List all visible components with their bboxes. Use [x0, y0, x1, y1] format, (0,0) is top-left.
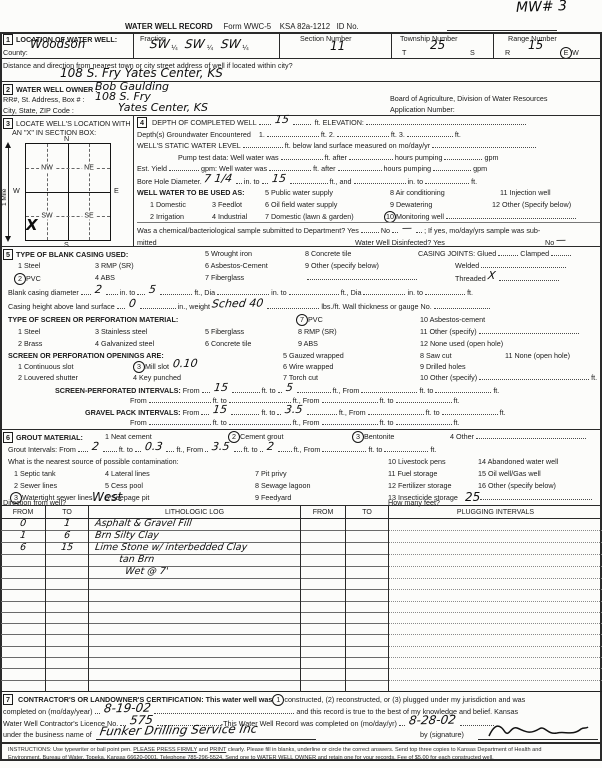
- screen-pvc-circled: 7: [296, 314, 308, 326]
- plug-interval-cell: [389, 624, 602, 635]
- quadrant-se: SE: [82, 213, 95, 220]
- plug-interval-cell: [389, 579, 602, 590]
- distance-value: 108 S. Fry Yates Center, KS: [60, 69, 223, 78]
- blank-dots: [435, 386, 491, 393]
- blank-dots: [229, 418, 291, 425]
- blank-dots: [140, 302, 176, 309]
- mile-arrow-line: [8, 148, 9, 236]
- rule-line: [0, 115, 602, 116]
- blank-dots: [149, 396, 211, 403]
- plug-from-cell: [301, 658, 346, 669]
- casing-diameter-label: Blank casing diameter: [8, 288, 79, 297]
- blank-dots: [231, 408, 259, 415]
- plug-interval-cell: [389, 680, 602, 691]
- rule-line: [493, 32, 494, 58]
- gravel-interval-from: 15: [213, 405, 228, 414]
- owner-address-value: 108 S. Fry: [95, 92, 151, 101]
- litho-to-cell: [46, 680, 89, 691]
- arrow-down-icon: [5, 236, 11, 242]
- litho-header-row: FROM TO LITHOLOGIC LOG FROM TO PLUGGING …: [1, 506, 602, 519]
- casing-height-value: 0: [128, 299, 136, 308]
- handwritten-entry: 6: [63, 530, 70, 541]
- sample-question: Was a chemical/bacteriological sample su…: [137, 226, 359, 235]
- litho-table-row: [1, 590, 602, 601]
- litho-log-cell: [89, 669, 301, 680]
- compass-west: W: [13, 186, 20, 195]
- blank-dots: [425, 288, 465, 295]
- blank-dots: [479, 373, 589, 380]
- blank-dots: [322, 418, 378, 425]
- rule-line: [0, 429, 602, 430]
- handwritten-entry: 1: [63, 518, 70, 529]
- plug-from-cell: [301, 646, 346, 657]
- blank-dots: [396, 418, 452, 425]
- section-7-number: 7: [3, 694, 13, 705]
- section-box-dashed-line: [89, 144, 90, 240]
- plug-from-cell: [301, 555, 346, 567]
- litho-log-cell: [89, 680, 301, 691]
- range-value: 15: [528, 41, 543, 50]
- litho-from-cell: 1: [1, 531, 46, 543]
- handwritten-entry: 15: [60, 542, 73, 553]
- grout2-from: 3.5: [212, 442, 231, 451]
- range-prefix: R: [505, 48, 510, 57]
- township-value: 25: [430, 41, 445, 50]
- blank-dots: [278, 445, 292, 452]
- litho-table-row: 16Brn Silty Clay: [1, 531, 602, 543]
- township-label: Township Number: [400, 34, 458, 43]
- blank-dots: [361, 386, 417, 393]
- litho-log-cell: [89, 579, 301, 590]
- one-mile-label: 1 Mile: [1, 189, 8, 206]
- litho-to-cell: 6: [46, 531, 89, 543]
- plug-from-cell: [301, 612, 346, 623]
- quadrant-sw: SW: [39, 213, 54, 220]
- blank-dots: [442, 408, 498, 415]
- blank-dots: [363, 288, 405, 295]
- blank-dots: [432, 141, 536, 148]
- blank-dots: [290, 177, 328, 184]
- section-2-number: 2: [3, 84, 13, 95]
- col-to-2: TO: [346, 506, 389, 519]
- litho-to-cell: [46, 567, 89, 579]
- blank-dots: [205, 445, 208, 452]
- blank-dots: [243, 141, 283, 148]
- contamination-heading: What is the nearest source of possible c…: [8, 457, 179, 466]
- plug-interval-cell: [389, 635, 602, 646]
- completed-on-label: completed on (mo/day/year): [3, 707, 93, 716]
- agency-name: Board of Agriculture, Division of Water …: [390, 94, 548, 103]
- blank-dots: [498, 249, 518, 256]
- litho-to-cell: 15: [46, 543, 89, 555]
- bentonite-circled: 3: [352, 431, 364, 443]
- statute-ref: KSA 82a-1212: [280, 22, 330, 31]
- blank-dots: [307, 273, 417, 280]
- bore-depth-value: 15: [271, 174, 286, 183]
- litho-from-cell: [1, 601, 46, 612]
- blank-dots: [384, 445, 428, 452]
- fraction-3: SW: [220, 40, 241, 49]
- casing-depth-value: 5: [149, 285, 157, 294]
- groundwater-label: Depth(s) Groundwater Encountered: [137, 130, 251, 139]
- blank-dots: [425, 177, 469, 184]
- locate-heading-1: LOCATE WELL'S LOCATION WITH: [16, 119, 131, 128]
- litho-log-cell: Lime Stone w/ interbedded Clay: [89, 543, 301, 555]
- litho-table-row: [1, 669, 602, 680]
- rule-line: [133, 115, 134, 246]
- section-5-number: 5: [3, 249, 13, 260]
- litho-table-row: [1, 612, 602, 623]
- litho-to-cell: 1: [46, 519, 89, 531]
- plug-to-cell: [346, 680, 389, 691]
- mill-slot-value: 0.10: [172, 359, 198, 368]
- plug-from-cell: [301, 624, 346, 635]
- form-number: Form WWC-5: [223, 22, 271, 31]
- blank-dots: [267, 302, 319, 309]
- litho-from-cell: [1, 646, 46, 657]
- plug-from-cell: [301, 579, 346, 590]
- quarter-glyph: ¼: [207, 43, 213, 52]
- litho-log-cell: Asphalt & Gravel Fill: [89, 519, 301, 531]
- handwritten-entry: tan Brn: [94, 554, 155, 565]
- rule-line: [478, 739, 598, 740]
- litho-log-cell: Brn Silty Clay: [89, 531, 301, 543]
- fraction-1: SW: [149, 40, 170, 49]
- rule-line: [447, 30, 557, 31]
- litho-from-cell: [1, 680, 46, 691]
- col-from: FROM: [1, 506, 46, 519]
- record-completed-date: 8-28-02: [408, 716, 456, 726]
- blank-dots: [289, 288, 339, 295]
- owner-address-label: RR#, St. Address, Box # :: [3, 95, 85, 104]
- blank-dots: [269, 164, 311, 171]
- blank-dots: [160, 288, 192, 295]
- litho-to-cell: [46, 624, 89, 635]
- rule-line: [0, 742, 602, 744]
- plug-from-cell: [301, 635, 346, 646]
- plug-to-cell: [346, 531, 389, 543]
- well-location-x-mark: X: [26, 221, 38, 230]
- litho-log-cell: [89, 624, 301, 635]
- blank-dots: [551, 249, 571, 256]
- blank-dots: [480, 493, 592, 500]
- form-title: WATER WELL RECORD: [125, 22, 213, 31]
- litho-log-cell: [89, 635, 301, 646]
- openings-heading: SCREEN OR PERFORATION OPENINGS ARE:: [8, 351, 164, 360]
- grout1-to: 0.3: [144, 442, 163, 451]
- quarter-glyph: ¼: [242, 43, 248, 52]
- id-no-label: ID No.: [337, 22, 359, 31]
- section-1-number: 1: [3, 34, 13, 45]
- blank-dots: [236, 177, 242, 184]
- plug-interval-cell: [389, 669, 602, 680]
- township-prefix: T: [402, 48, 406, 57]
- fraction-2: SW: [185, 40, 206, 49]
- plug-from-cell: [301, 669, 346, 680]
- litho-from-cell: [1, 669, 46, 680]
- depth-completed-value: 15: [274, 115, 289, 124]
- grout-heading: GROUT MATERIAL:: [16, 433, 83, 442]
- handwritten-entry: Wet @ 7': [94, 566, 169, 577]
- litho-table-row: 01Asphalt & Gravel Fill: [1, 519, 602, 531]
- instructions-text: INSTRUCTIONS: Use typewriter or ball poi…: [8, 747, 133, 753]
- owner-city-value: Yates Center, KS: [118, 103, 208, 112]
- plug-to-cell: [346, 543, 389, 555]
- litho-table-row: [1, 579, 602, 590]
- plug-interval-cell: [389, 646, 602, 657]
- compass-east: E: [114, 186, 119, 195]
- blank-dots: [217, 288, 269, 295]
- litho-to-cell: [46, 669, 89, 680]
- direction-value: West: [92, 493, 122, 502]
- plug-interval-cell: [389, 531, 602, 543]
- depth-completed-label: DEPTH OF COMPLETED WELL: [152, 118, 257, 127]
- blank-dots: [368, 408, 424, 415]
- rule-line: [279, 32, 280, 58]
- litho-from-cell: [1, 579, 46, 590]
- litho-from-cell: [1, 658, 46, 669]
- blank-dots: [149, 418, 211, 425]
- litho-to-cell: [46, 646, 89, 657]
- litho-from-cell: 6: [1, 543, 46, 555]
- bore-diameter-label: Bore Hole Diameter.: [137, 177, 202, 186]
- blank-dots: [281, 153, 323, 160]
- locate-heading-2: AN "X" IN SECTION BOX:: [12, 128, 96, 137]
- blank-dots: [81, 288, 91, 295]
- blank-dots: [154, 707, 294, 714]
- static-level-label: WELL'S STATIC WATER LEVEL: [137, 141, 241, 150]
- litho-table-row: [1, 601, 602, 612]
- section-box-center-hline: [26, 192, 110, 193]
- litho-log-cell: Wet @ 7': [89, 567, 301, 579]
- screen-intervals-heading: SCREEN-PERFORATED INTERVALS:: [55, 386, 181, 395]
- plug-to-cell: [346, 579, 389, 590]
- blank-dots: [396, 396, 452, 403]
- rule-line: [133, 32, 134, 58]
- blank-dots: [434, 302, 490, 309]
- lithologic-log-table: FROM TO LITHOLOGIC LOG FROM TO PLUGGING …: [0, 505, 602, 692]
- blank-dots: [166, 445, 174, 452]
- grout1-from: 2: [91, 442, 99, 451]
- compass-south: S: [64, 240, 69, 249]
- pump-test-label: Pump test data: Well water was: [178, 153, 279, 162]
- blank-dots: [322, 396, 378, 403]
- signature-scribble-icon: [486, 721, 590, 739]
- blank-dots: [278, 386, 282, 393]
- handwritten-entry: Brn Silty Clay: [94, 530, 159, 541]
- plug-to-cell: [346, 567, 389, 579]
- blank-dots: [322, 445, 366, 452]
- blank-dots: [399, 719, 405, 726]
- plug-to-cell: [346, 612, 389, 623]
- litho-from-cell: [1, 555, 46, 567]
- plug-to-cell: [346, 658, 389, 669]
- arrow-up-icon: [5, 142, 11, 148]
- owner-city-label: City, State, ZIP Code :: [3, 106, 74, 115]
- plug-interval-cell: [389, 555, 602, 567]
- casing-diameter-value: 2: [94, 285, 102, 294]
- blank-dots: [433, 164, 471, 171]
- blank-dots: [262, 177, 268, 184]
- blank-dots: [349, 153, 393, 160]
- use-heading: WELL WATER TO BE USED AS:: [137, 188, 245, 197]
- litho-table-row: [1, 624, 602, 635]
- litho-log-cell: tan Brn: [89, 555, 301, 567]
- blank-dots: [361, 226, 379, 233]
- handwritten-entry: Lime Stone w/ interbedded Clay: [94, 542, 248, 553]
- blank-dots: [202, 386, 210, 393]
- plug-to-cell: [346, 635, 389, 646]
- owner-heading: WATER WELL OWNER :: [16, 85, 98, 94]
- gravel-interval-to: 3.5: [285, 405, 304, 414]
- litho-table-row: [1, 680, 602, 691]
- plug-to-cell: [346, 646, 389, 657]
- litho-to-cell: [46, 555, 89, 567]
- blank-dots: [481, 261, 566, 268]
- litho-to-cell: [46, 579, 89, 590]
- constructed-circled: 1: [272, 694, 284, 706]
- handwritten-entry: 0: [19, 518, 26, 529]
- by-signature-label: by (signature): [420, 730, 464, 739]
- blank-dots: [338, 164, 382, 171]
- gravel-intervals-heading: GRAVEL PACK INTERVALS:: [85, 408, 181, 417]
- handwritten-entry: 1: [19, 530, 26, 541]
- completed-date: 8-19-02: [103, 704, 151, 714]
- blank-dots: [307, 408, 337, 415]
- plug-from-cell: [301, 519, 346, 531]
- plug-from-cell: [301, 590, 346, 601]
- plug-from-cell: [301, 567, 346, 579]
- litho-table-row: [1, 635, 602, 646]
- litho-log-cell: [89, 612, 301, 623]
- litho-table-row: [1, 658, 602, 669]
- mill-slot-circled: 3: [133, 361, 145, 373]
- section-4-number: 4: [137, 117, 147, 128]
- county-value: Woodson: [30, 40, 85, 49]
- blank-dots: [137, 288, 145, 295]
- litho-log-cell: [89, 601, 301, 612]
- plug-interval-cell: [389, 590, 602, 601]
- col-plugging-intervals: PLUGGING INTERVALS: [389, 506, 602, 519]
- feet-value: 25: [465, 493, 480, 502]
- blank-dots: [499, 274, 559, 281]
- blank-dots: [95, 707, 100, 714]
- plug-interval-cell: [389, 658, 602, 669]
- rule-line: [96, 739, 316, 740]
- col-to: TO: [46, 506, 89, 519]
- col-from-2: FROM: [301, 506, 346, 519]
- blank-dots: [416, 226, 422, 233]
- litho-to-cell: [46, 612, 89, 623]
- sample-no-mark: —: [401, 224, 412, 233]
- plug-from-cell: [301, 543, 346, 555]
- blank-dots: [260, 445, 263, 452]
- elevation-label: ft. ELEVATION:: [315, 118, 364, 127]
- blank-dots: [201, 408, 209, 415]
- plug-to-cell: [346, 590, 389, 601]
- disinfected-no-mark: —: [556, 236, 567, 245]
- application-number-label: Application Number:: [390, 105, 455, 114]
- quadrant-ne: NE: [82, 165, 96, 172]
- casing-heading: TYPE OF BLANK CASING USED:: [16, 250, 128, 259]
- screen-interval-to: 5: [285, 383, 293, 392]
- litho-log-cell: [89, 658, 301, 669]
- plug-to-cell: [346, 519, 389, 531]
- blank-dots: [407, 130, 453, 137]
- plug-to-cell: [346, 555, 389, 567]
- range-west: W: [572, 48, 579, 57]
- section-box-dashed-line: [47, 144, 48, 240]
- blank-dots: [234, 445, 242, 452]
- blank-dots: [169, 164, 199, 171]
- section-number-value: 11: [330, 42, 345, 51]
- litho-from-cell: [1, 567, 46, 579]
- screen-interval-from: 15: [213, 383, 228, 392]
- plug-interval-cell: [389, 612, 602, 623]
- rule-line: [137, 222, 600, 223]
- rule-line: [391, 32, 392, 58]
- plug-to-cell: [346, 624, 389, 635]
- blank-dots: [277, 408, 281, 415]
- threaded-x-mark: X: [487, 271, 496, 280]
- litho-from-cell: [1, 624, 46, 635]
- litho-log-cell: [89, 646, 301, 657]
- plug-interval-cell: [389, 543, 602, 555]
- litho-table-row: tan Brn: [1, 555, 602, 567]
- litho-to-cell: [46, 658, 89, 669]
- litho-to-cell: [46, 635, 89, 646]
- blank-dots: [446, 212, 576, 219]
- blank-dots: [444, 153, 482, 160]
- business-name-label: under the business name of: [3, 730, 92, 739]
- blank-dots: [366, 118, 526, 125]
- plug-to-cell: [346, 601, 389, 612]
- compass-north: N: [64, 134, 69, 143]
- business-name-value: Funker Drilling Service Inc: [99, 725, 258, 737]
- section-6-number: 6: [3, 432, 13, 443]
- township-suffix: S: [470, 48, 475, 57]
- rule-line: [0, 58, 602, 59]
- blank-dots: [106, 288, 118, 295]
- plug-from-cell: [301, 601, 346, 612]
- plug-from-cell: [301, 680, 346, 691]
- county-label: County:: [3, 48, 28, 57]
- blank-dots: [476, 432, 586, 439]
- litho-to-cell: [46, 590, 89, 601]
- rule-line: [0, 81, 602, 82]
- blank-dots: [297, 386, 331, 393]
- col-lithologic-log: LITHOLOGIC LOG: [89, 506, 301, 519]
- quadrant-nw: NW: [39, 165, 55, 172]
- plug-from-cell: [301, 531, 346, 543]
- contractor-signature: [486, 721, 590, 741]
- litho-table-row: Wet @ 7': [1, 567, 602, 579]
- blank-dots: [229, 396, 291, 403]
- handwritten-entry: 6: [19, 542, 26, 553]
- litho-table-row: 615Lime Stone w/ interbedded Clay: [1, 543, 602, 555]
- litho-from-cell: [1, 635, 46, 646]
- est-yield-label: Est. Yield: [137, 164, 167, 173]
- casing-height-label: Casing height above land surface: [8, 302, 115, 311]
- plug-interval-cell: [389, 601, 602, 612]
- blank-dots: [479, 327, 579, 334]
- casing-joints-label: CASING JOINTS: Glued: [418, 249, 496, 258]
- blank-dots: [337, 130, 389, 137]
- litho-table-row: [1, 646, 602, 657]
- litho-from-cell: 0: [1, 519, 46, 531]
- grout2-to: 2: [266, 442, 274, 451]
- blank-dots: [392, 226, 398, 233]
